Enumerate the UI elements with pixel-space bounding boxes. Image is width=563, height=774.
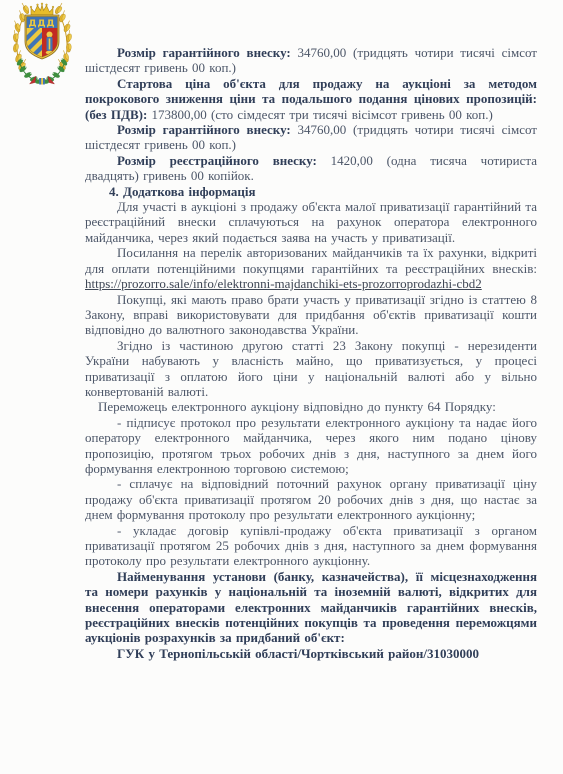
svg-text:ДДД: ДДД: [28, 19, 55, 29]
winner-item-pay-price: - сплачує на відповідний поточний рахуно…: [85, 476, 537, 522]
section-heading-additional-info: 4. Додаткова інформація: [85, 184, 537, 199]
prozorro-link[interactable]: https://prozorro.sale/info/elektronni-ma…: [85, 276, 537, 291]
paragraph-start-price: Стартова ціна об'єкта для продажу на аук…: [85, 76, 537, 122]
coat-of-arms: ДДД: [6, 2, 78, 88]
document-page: ДДД Розмір гарантійного внеску: 34760,00…: [0, 0, 563, 774]
winner-item-sign-contract: - укладає договір купівлі-продажу об'єкт…: [85, 523, 537, 569]
winner-item-sign-protocol: - підписує протокол про результати елект…: [85, 415, 537, 477]
bank-account-line: ГУК у Тернопільській області/Чортківськи…: [85, 646, 537, 661]
paragraph-participation: Для участі в аукціоні з продажу об'єкта …: [85, 199, 537, 245]
paragraph-guarantee-fee-2: Розмір гарантійного внеску: 34760,00 (тр…: [85, 122, 537, 153]
paragraph-nonresidents: Згідно із частиною другою статті 23 Зако…: [85, 338, 537, 400]
paragraph-guarantee-fee: Розмір гарантійного внеску: 34760,00 (тр…: [85, 45, 537, 76]
guarantee-fee-label-2: Розмір гарантійного внеску:: [117, 122, 291, 137]
paragraph-buyers: Покупці, які мають право брати участь у …: [85, 292, 537, 338]
guarantee-fee-label: Розмір гарантійного внеску:: [117, 45, 291, 60]
paragraph-winner-intro: Переможець електронного аукціону відпові…: [85, 399, 537, 414]
shield-icon: ДДД: [25, 15, 59, 66]
paragraph-bank-heading: Найменування установи (банку, казначейст…: [85, 569, 537, 646]
paragraph-registration-fee: Розмір реєстраційного внеску: 1420,00 (о…: [85, 153, 537, 184]
document-body: Розмір гарантійного внеску: 34760,00 (тр…: [85, 45, 537, 661]
start-price-value: 173800,00 (сто сімдесят три тисячі вісім…: [152, 107, 493, 122]
paragraph-links-intro: Посилання на перелік авторизованих майда…: [85, 245, 537, 276]
registration-fee-label: Розмір реєстраційного внеску:: [117, 153, 317, 168]
crown-icon: [30, 3, 54, 15]
